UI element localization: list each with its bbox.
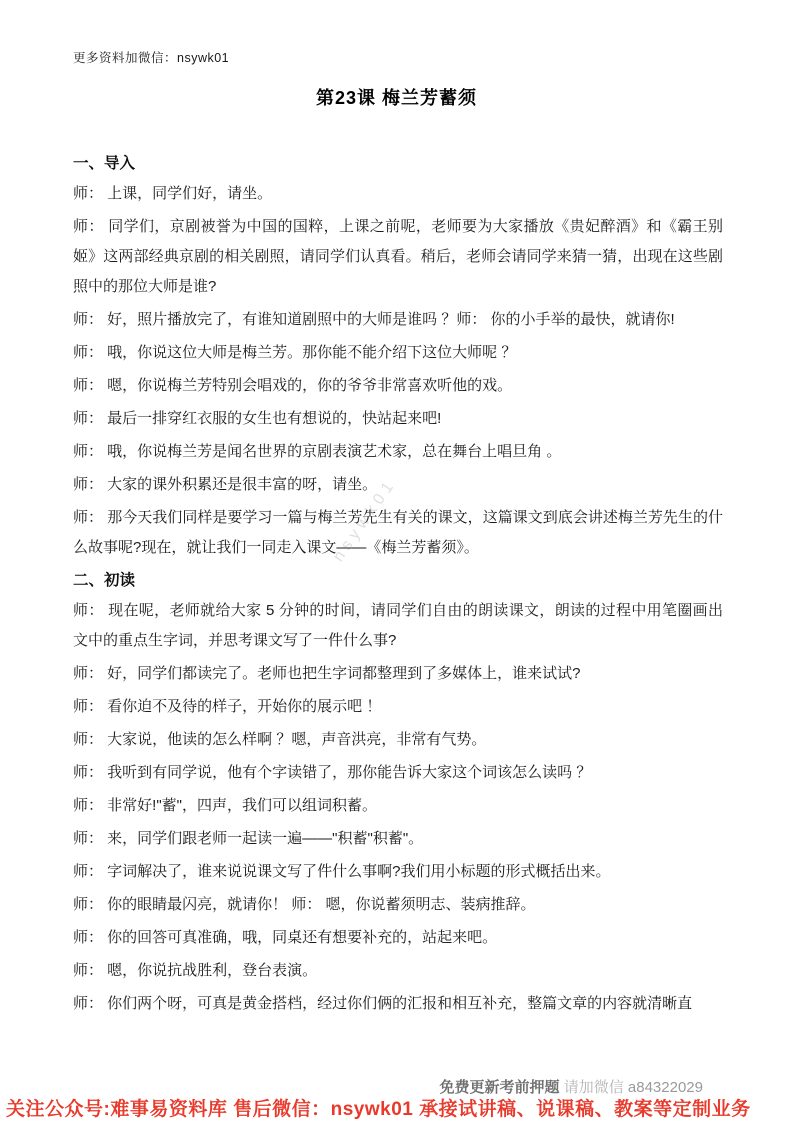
dialogue-paragraph: 师： 大家的课外积累还是很丰富的呀，请坐。 bbox=[73, 470, 723, 500]
document-section: 二、初读 师： 现在呢，老师就给大家 5 分钟的时间，请同学们自由的朗读课文，朗… bbox=[73, 566, 723, 1019]
document-body: 一、导入 师： 上课，同学们好，请坐。师： 同学们，京剧被誉为中国的国粹，上课之… bbox=[73, 149, 723, 1022]
dialogue-paragraph: 师： 你的回答可真准确，哦，同桌还有想要补充的，站起来吧。 bbox=[73, 923, 723, 953]
dialogue-paragraph: 师： 上课，同学们好，请坐。 bbox=[73, 179, 723, 209]
dialogue-paragraph: 师： 好，照片播放完了，有谁知道剧照中的大师是谁吗 ？师： 你的小手举的最快，就… bbox=[73, 305, 723, 335]
footer-red-banner: 关注公众号:难事易资料库 售后微信：nsywk01 承接试讲稿、说课稿、教案等定… bbox=[6, 1094, 789, 1121]
dialogue-paragraph: 师： 那今天我们同样是要学习一篇与梅兰芳先生有关的课文，这篇课文到底会讲述梅兰芳… bbox=[73, 503, 723, 563]
section-paragraphs: 师： 上课，同学们好，请坐。师： 同学们，京剧被誉为中国的国粹，上课之前呢，老师… bbox=[73, 179, 723, 563]
dialogue-paragraph: 师： 哦，你说这位大师是梅兰芳。那你能不能介绍下这位大师呢 ？ bbox=[73, 338, 723, 368]
header-promo-note: 更多资料加微信：nsywk01 bbox=[73, 48, 229, 66]
dialogue-paragraph: 师： 同学们，京剧被誉为中国的国粹，上课之前呢，老师要为大家播放《贵妃醉酒》和《… bbox=[73, 212, 723, 302]
dialogue-paragraph: 师： 嗯，你说梅兰芳特别会唱戏的，你的爷爷非常喜欢听他的戏。 bbox=[73, 371, 723, 401]
dialogue-paragraph: 师： 非常好!"蓄"，四声，我们可以组词积蓄。 bbox=[73, 791, 723, 821]
dialogue-paragraph: 师： 我听到有同学说，他有个字读错了，那你能告诉大家这个词该怎么读吗 ？ bbox=[73, 758, 723, 788]
dialogue-paragraph: 师： 来，同学们跟老师一起读一遍——"积蓄"积蓄"。 bbox=[73, 824, 723, 854]
dialogue-paragraph: 师： 好，同学们都读完了。老师也把生字词都整理到了多媒体上，谁来试试? bbox=[73, 659, 723, 689]
dialogue-paragraph: 师： 你的眼睛最闪亮，就请你！ 师： 嗯，你说蓄须明志、装病推辞。 bbox=[73, 890, 723, 920]
dialogue-paragraph: 师： 现在呢，老师就给大家 5 分钟的时间，请同学们自由的朗读课文，朗读的过程中… bbox=[73, 596, 723, 656]
dialogue-paragraph: 师： 看你迫不及待的样子，开始你的展示吧 ！ bbox=[73, 692, 723, 722]
dialogue-paragraph: 师： 字词解决了，谁来说说课文写了件什么事啊?我们用小标题的形式概括出来。 bbox=[73, 857, 723, 887]
page-title: 第23课 梅兰芳蓄须 bbox=[0, 84, 793, 110]
section-heading: 一、导入 bbox=[73, 149, 723, 179]
section-heading: 二、初读 bbox=[73, 566, 723, 596]
dialogue-paragraph: 师： 大家说，他读的怎么样啊 ？嗯，声音洪亮，非常有气势。 bbox=[73, 725, 723, 755]
document-section: 一、导入 师： 上课，同学们好，请坐。师： 同学们，京剧被誉为中国的国粹，上课之… bbox=[73, 149, 723, 563]
dialogue-paragraph: 师： 哦，你说梅兰芳是闻名世界的京剧表演艺术家，总在舞台上唱旦角 。 bbox=[73, 437, 723, 467]
section-paragraphs: 师： 现在呢，老师就给大家 5 分钟的时间，请同学们自由的朗读课文，朗读的过程中… bbox=[73, 596, 723, 1019]
dialogue-paragraph: 师： 你们两个呀，可真是黄金搭档，经过你们俩的汇报和相互补充，整篇文章的内容就清… bbox=[73, 989, 723, 1019]
dialogue-paragraph: 师： 最后一排穿红衣服的女生也有想说的，快站起来吧! bbox=[73, 404, 723, 434]
document-page: 更多资料加微信：nsywk01 第23课 梅兰芳蓄须 一、导入 师： 上课，同学… bbox=[0, 0, 793, 1122]
dialogue-paragraph: 师： 嗯，你说抗战胜利，登台表演。 bbox=[73, 956, 723, 986]
